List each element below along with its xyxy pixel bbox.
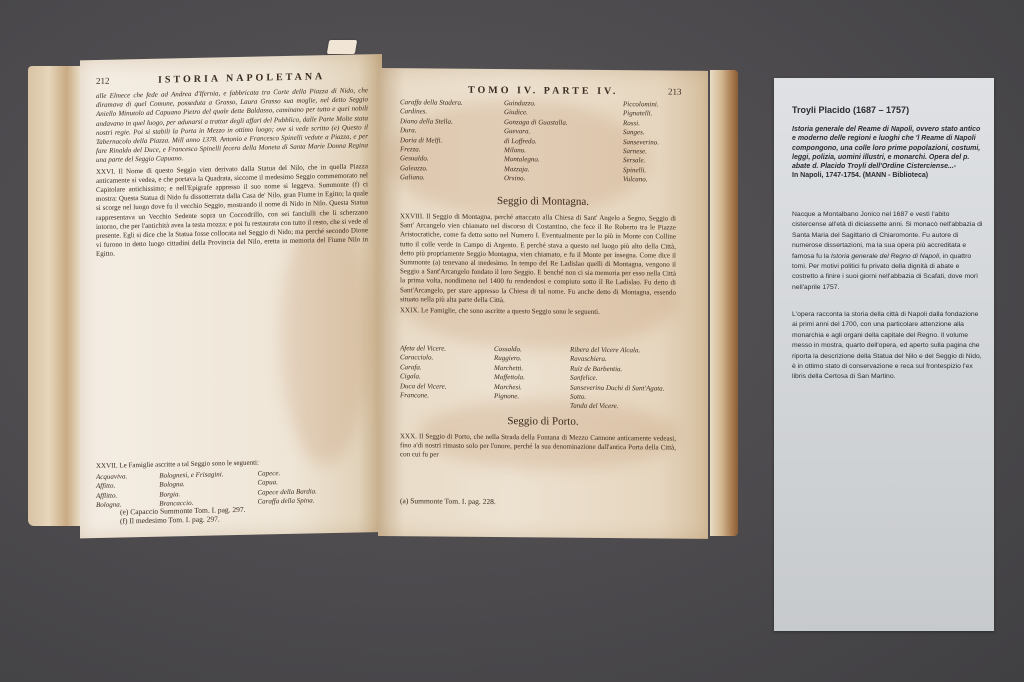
family-column: Acquaviva. Affitto. Afflitto. Bologna. <box>96 472 127 510</box>
family-name: Marchesi. <box>494 383 556 393</box>
left-paragraph-2: XXVI. Il Nome di questo Seggio vien deri… <box>96 162 368 260</box>
family-name: Galiano. <box>400 173 490 183</box>
family-name: Tanda del Vicere. <box>570 402 664 412</box>
family-name: Caraffa della Spina. <box>257 497 316 508</box>
right-paragraph-1: XXVIII. Il Seggio di Montagna, perché at… <box>400 212 676 306</box>
family-name: Sanseverino. <box>623 138 659 148</box>
family-name: Pignatelli. <box>623 110 659 120</box>
left-body-text: alle Elmece che fede ad Andrea d'Ifernia… <box>96 86 368 261</box>
label-description: L'opera racconta la storia della città d… <box>792 310 984 383</box>
family-column: Piccolomini. Pignatelli. Rossi. Sanges. … <box>623 100 659 185</box>
right-family-list-bottom: Afeta del Vicere. Caracciolo. Carafa. Ci… <box>400 344 664 412</box>
right-body-text: XXVIII. Il Seggio di Montagna, perché at… <box>400 212 676 320</box>
family-name: Sersale. <box>623 157 659 167</box>
family-name: Sanges. <box>623 128 659 138</box>
left-running-head: ISTORIA NAPOLETANA <box>158 71 325 86</box>
right-page: TOMO IV. PARTE IV. 213 Caraffa della Sta… <box>378 68 708 539</box>
family-column: Bolognesi, e Frisagini. Bologna. Borgia.… <box>159 470 223 509</box>
right-paragraph-3: XXX. Il Seggio di Porto, che nella Strad… <box>400 432 676 462</box>
open-book: 212 ISTORIA NAPOLETANA alle Elmece che f… <box>28 48 738 538</box>
family-name: Orsino. <box>504 174 609 184</box>
family-name: Pignone. <box>494 392 556 402</box>
right-footnote: (a) Summonte Tom. I. pag. 228. <box>400 496 496 506</box>
bookmark-ribbon <box>327 40 357 54</box>
family-name: Maffettola. <box>494 373 556 383</box>
family-column: Cossaldo. Ruggiero. Marchetti. Maffettol… <box>494 345 556 411</box>
left-page-number: 212 <box>96 76 110 86</box>
left-page: 212 ISTORIA NAPOLETANA alle Elmece che f… <box>80 54 382 538</box>
footnote: (f) Il medesimo Tom. I. pag. 297. <box>120 514 246 526</box>
right-body-text-2: XXX. Il Seggio di Porto, che nella Strad… <box>400 432 676 464</box>
family-name: Marchetti. <box>494 364 556 374</box>
family-name: Rossi. <box>623 119 659 129</box>
family-name: Spinelli. <box>623 166 659 176</box>
left-paragraph-1: alle Elmece che fede ad Andrea d'Ifernia… <box>96 86 368 165</box>
family-column: Afeta del Vicere. Caracciolo. Carafa. Ci… <box>400 344 480 411</box>
right-running-head: TOMO IV. PARTE IV. <box>468 85 618 97</box>
museum-display: 212 ISTORIA NAPOLETANA alle Elmece che f… <box>0 0 1024 682</box>
family-column: Capece. Capua. Capece della Bardia. Cara… <box>257 468 316 507</box>
family-name: Cossaldo. <box>494 345 556 355</box>
family-name: Francone. <box>400 391 480 401</box>
label-biography: Nacque a Montalbano Jonico nel 1687 e ve… <box>792 210 984 293</box>
label-author-title: Troyli Placido (1687 – 1757) <box>792 105 909 115</box>
label-imprint: In Napoli, 1747-1754. (MANN - Biblioteca… <box>792 172 928 179</box>
family-column: Ribera del Vicere Alcala. Ravaschiera. R… <box>570 346 664 413</box>
family-name: Sarnese. <box>623 147 659 157</box>
family-name: Piccolomini. <box>623 100 659 110</box>
family-column: Caraffa della Stadera. Cardines. Diano d… <box>400 98 490 183</box>
left-family-list: Acquaviva. Affitto. Afflitto. Bologna. B… <box>96 468 317 510</box>
family-column: Guindazzo. Giudice. Gonzaga di Guastalla… <box>504 99 609 185</box>
left-footnotes: (e) Capaccio Summonte Tom. I. pag. 297. … <box>120 505 246 526</box>
label-work-name: Istoria generale del Reame di Napoli, ov… <box>792 126 980 170</box>
exhibit-label-card: Troyli Placido (1687 – 1757) Istoria gen… <box>774 78 994 631</box>
label-work-title: Istoria generale del Reame di Napoli, ov… <box>792 125 982 181</box>
book-fore-edge-right <box>710 70 738 536</box>
right-paragraph-2: XXIX. Le Famiglie, che sono ascritte a q… <box>400 306 676 318</box>
family-name: Vulcano. <box>623 175 659 185</box>
left-family-heading: XXVII. Le Famiglie ascritte a tal Seggio… <box>96 456 368 471</box>
family-name: Ruggiero. <box>494 354 556 364</box>
right-page-number: 213 <box>668 87 682 97</box>
right-family-list-top: Caraffa della Stadera. Cardines. Diano d… <box>400 98 659 185</box>
section-heading-montagna: Seggio di Montagna. <box>378 194 708 209</box>
bio-work-italic: Istoria generale del Regno di Napoli <box>831 253 939 260</box>
